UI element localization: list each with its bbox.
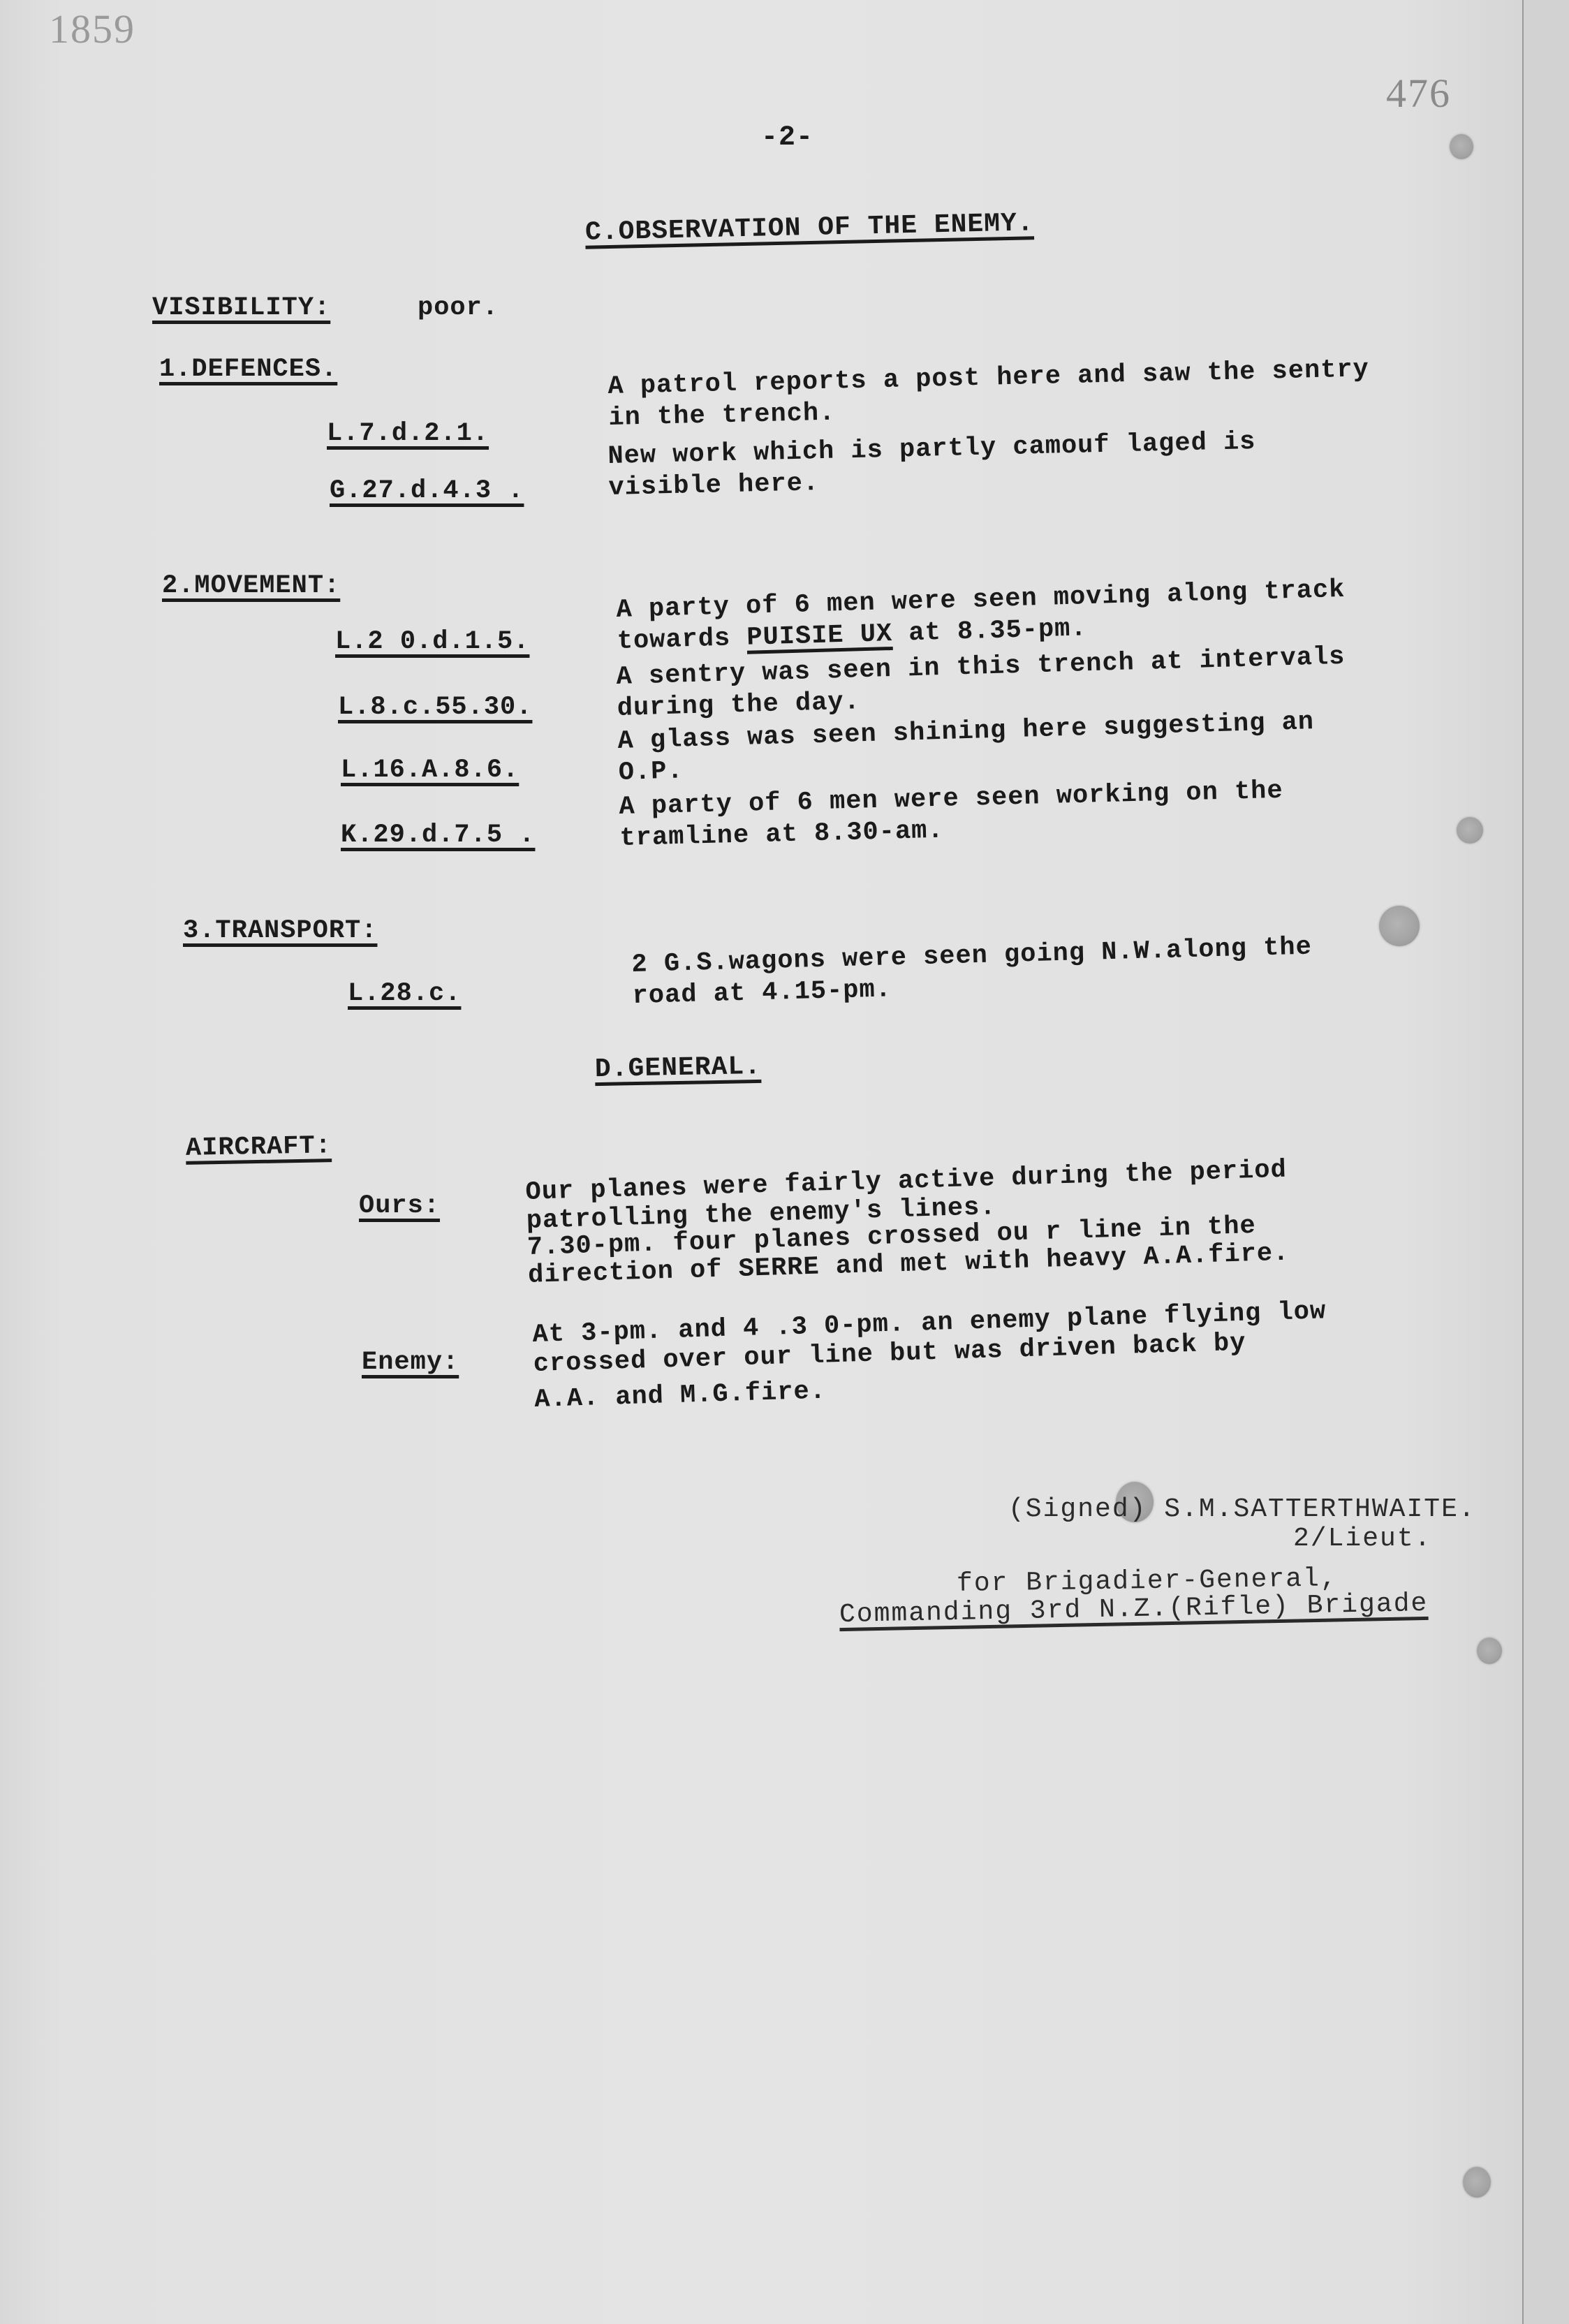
visibility-value: poor.: [418, 293, 499, 323]
transport-heading: 3.TRANSPORT:: [183, 916, 377, 946]
grid-ref: G.27.d.4.3 .: [330, 476, 524, 506]
grid-ref: L.7.d.2.1.: [327, 419, 489, 448]
movement-heading-text: 2.MOVEMENT:: [162, 571, 340, 601]
ours-label: Ours:: [359, 1191, 440, 1221]
section-d-title: D.GENERAL.: [595, 1052, 762, 1084]
ours-text: Our planes were fairly active during the…: [525, 1155, 1290, 1290]
signature-rank: 2/Lieut.: [1293, 1524, 1431, 1554]
defences-heading-text: 1.DEFENCES.: [159, 355, 337, 384]
entry-line-tail: at 8.35-pm.: [908, 614, 1087, 648]
punch-hole-icon: [1463, 2167, 1491, 2198]
transport-heading-text: 3.TRANSPORT:: [183, 916, 377, 946]
aircraft-heading: AIRCRAFT:: [186, 1131, 332, 1163]
punch-hole-icon: [1450, 134, 1473, 159]
archive-stamp-right: 476: [1386, 70, 1451, 117]
defences-heading: 1.DEFENCES.: [159, 355, 337, 384]
archive-stamp-left: 1859: [49, 6, 135, 52]
grid-ref: L.28.c.: [348, 979, 461, 1008]
movement-heading: 2.MOVEMENT:: [162, 571, 340, 601]
grid-ref: L.2 0.d.1.5.: [335, 627, 529, 656]
entry-line-start: towards: [617, 624, 731, 656]
grid-ref: L.16.A.8.6.: [341, 756, 519, 785]
punch-hole-icon: [1379, 906, 1420, 946]
grid-ref: L.8.c.55.30.: [338, 693, 532, 722]
place-name: PUISIE UX: [746, 619, 893, 653]
enemy-label: Enemy:: [362, 1348, 459, 1377]
signature-signed: (Signed) S.M.SATTERTHWAITE.: [1008, 1494, 1476, 1524]
grid-ref: K.29.d.7.5 .: [341, 821, 535, 850]
page-number: -2-: [761, 122, 813, 154]
punch-hole-icon: [1457, 817, 1483, 844]
punch-hole-icon: [1477, 1638, 1502, 1664]
visibility-label: VISIBILITY:: [152, 293, 330, 323]
page-edge: [1522, 0, 1569, 2324]
